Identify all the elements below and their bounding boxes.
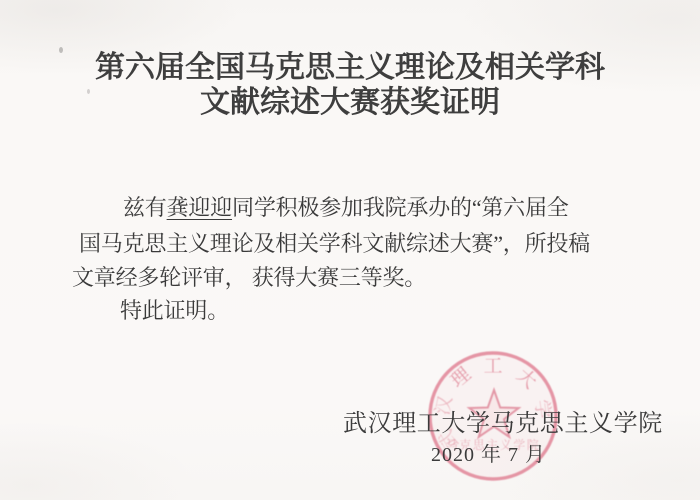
body-line-2: 国马克思主义理论及相关学科文献综述大赛”，所投稿 [79,230,590,258]
body-line-4: 特此证明。 [120,297,229,325]
body-line1-prefix: 兹有 [123,195,167,220]
issue-date: 2020 年 7 月 [431,438,546,467]
certificate-page: 第六届全国马克思主义理论及相关学科 文献综述大赛获奖证明 兹有龚迎迎同学积极参加… [0,0,700,500]
issuer-signature: 武汉理工大学马克思主义学院 [343,403,663,438]
body-line-3: 文章经多轮评审， 获得大赛三等奖。 [72,264,426,292]
certificate-title-line2: 文献综述大赛获奖证明 [0,86,700,120]
seal-arc-char: 工 [483,356,502,377]
body-line1-suffix: 同学积极参加我院承办的“第六届全 [232,195,569,220]
awardee-name: 龚迎迎 [167,195,232,220]
body-line-1: 兹有龚迎迎同学积极参加我院承办的“第六届全 [123,194,569,222]
certificate-title-line1: 第六届全国马克思主义理论及相关学科 [0,51,700,85]
